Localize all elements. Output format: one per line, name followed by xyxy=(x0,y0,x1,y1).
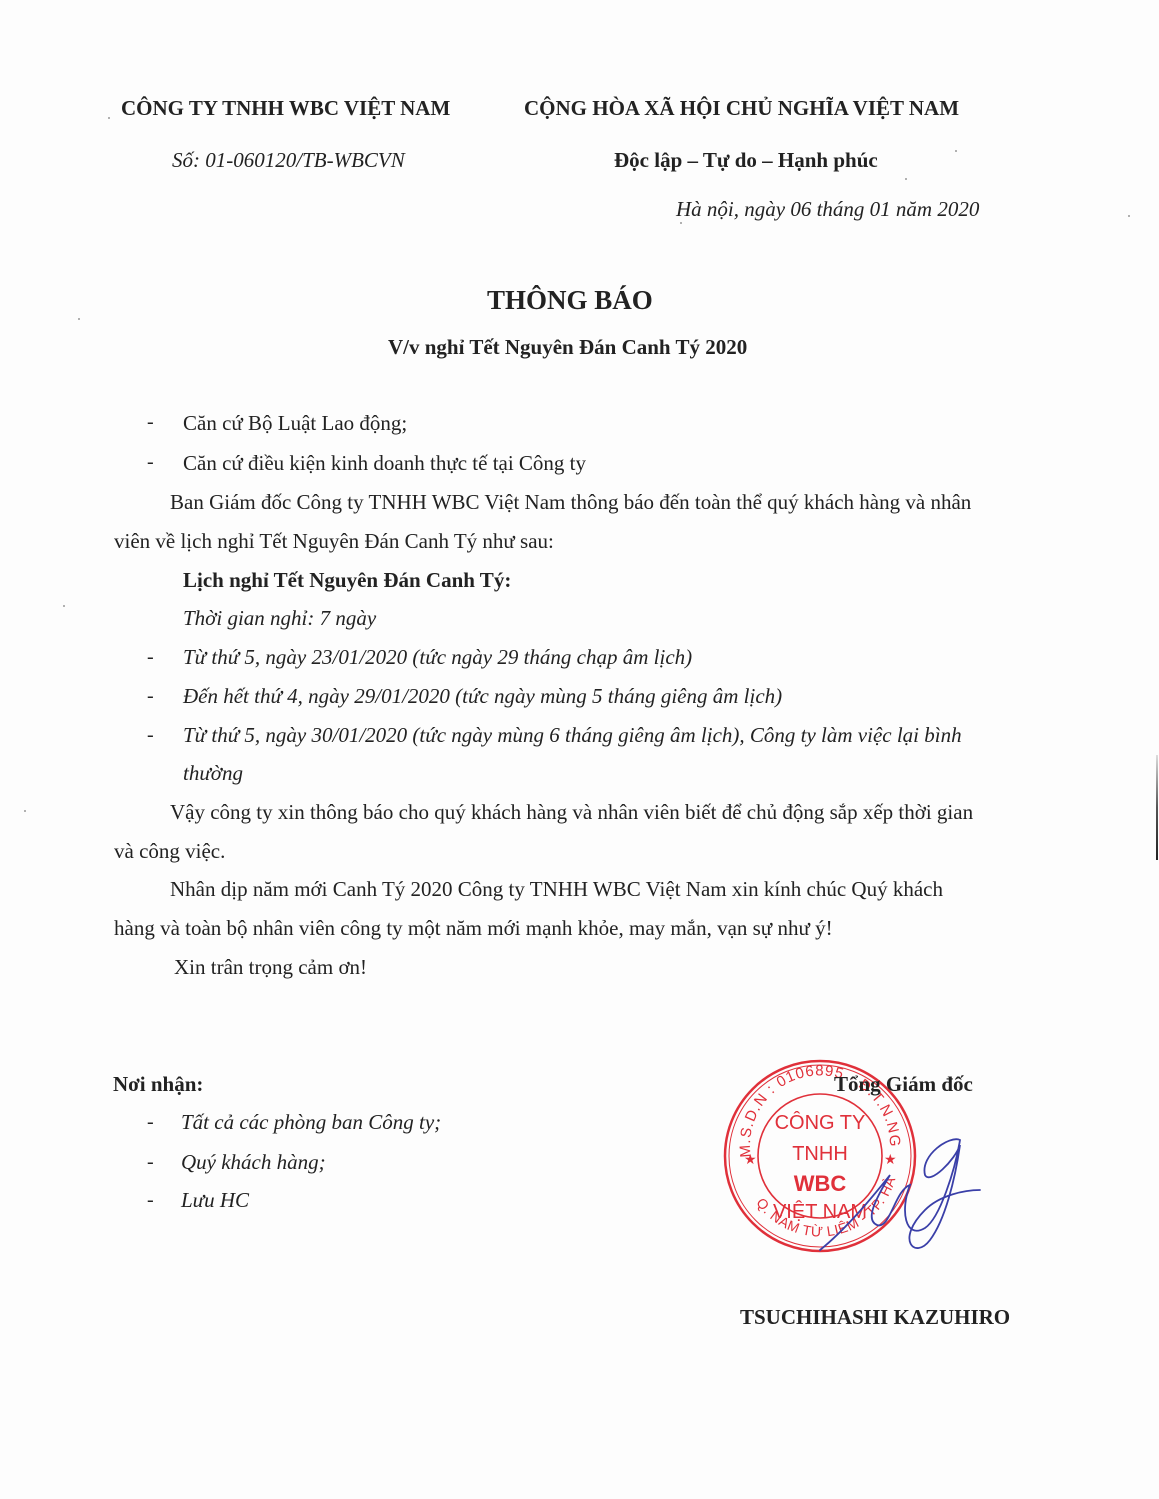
scan-speck xyxy=(63,605,65,607)
company-name: CÔNG TY TNHH WBC VIỆT NAM xyxy=(121,96,450,121)
bullet-dash: - xyxy=(147,646,154,669)
scan-speck xyxy=(1128,215,1130,217)
scan-speck xyxy=(78,318,80,320)
schedule-item: Từ thứ 5, ngày 23/01/2020 (tức ngày 29 t… xyxy=(183,645,692,670)
bullet-dash: - xyxy=(147,1111,154,1134)
intro-line-1: Ban Giám đốc Công ty TNHH WBC Việt Nam t… xyxy=(170,490,971,515)
scan-speck xyxy=(955,150,957,152)
recipient-item: Quý khách hàng; xyxy=(181,1150,326,1175)
document-title: THÔNG BÁO xyxy=(487,285,653,316)
document-subject: V/v nghỉ Tết Nguyên Đán Canh Tý 2020 xyxy=(388,335,747,360)
thanks-text: Xin trân trọng cảm ơn! xyxy=(174,955,367,980)
handwritten-signature-icon xyxy=(815,1130,985,1270)
nation-title: CỘNG HÒA XÃ HỘI CHỦ NGHĨA VIỆT NAM xyxy=(524,96,959,121)
wishes-line-1: Nhân dịp năm mới Canh Tý 2020 Công ty TN… xyxy=(170,877,943,902)
bullet-dash: - xyxy=(147,685,154,708)
scan-edge-artifact xyxy=(1156,755,1158,860)
intro-line-2: viên về lịch nghỉ Tết Nguyên Đán Canh Tý… xyxy=(114,529,554,554)
scan-speck xyxy=(680,222,682,224)
recipient-item: Lưu HC xyxy=(181,1188,249,1213)
bullet-dash: - xyxy=(147,411,154,434)
closing-line-1: Vậy công ty xin thông báo cho quý khách … xyxy=(170,800,973,825)
scan-speck xyxy=(905,178,907,180)
place-date: Hà nội, ngày 06 tháng 01 năm 2020 xyxy=(676,197,979,222)
document-number: Số: 01-060120/TB-WBCVN xyxy=(172,148,405,173)
bullet-dash: - xyxy=(147,451,154,474)
recipients-label: Nơi nhận: xyxy=(113,1072,203,1097)
bullet-dash: - xyxy=(147,1189,154,1212)
schedule-item-continuation: thường xyxy=(183,761,243,786)
recipient-item: Tất cả các phòng ban Công ty; xyxy=(181,1110,441,1135)
schedule-item: Từ thứ 5, ngày 30/01/2020 (tức ngày mùng… xyxy=(183,723,962,748)
bullet-dash: - xyxy=(147,724,154,747)
basis-text: Căn cứ điều kiện kinh doanh thực tế tại … xyxy=(183,451,586,476)
closing-line-2: và công việc. xyxy=(114,839,225,864)
schedule-heading: Lịch nghỉ Tết Nguyên Đán Canh Tý: xyxy=(183,568,511,593)
signatory-position: Tổng Giám đốc xyxy=(834,1072,973,1097)
wishes-line-2: hàng và toàn bộ nhân viên công ty một nă… xyxy=(114,916,833,941)
scan-speck xyxy=(108,117,110,119)
bullet-dash: - xyxy=(147,1151,154,1174)
scan-speck xyxy=(24,810,26,812)
schedule-item: Đến hết thứ 4, ngày 29/01/2020 (tức ngày… xyxy=(183,684,782,709)
schedule-duration: Thời gian nghỉ: 7 ngày xyxy=(183,606,376,631)
basis-text: Căn cứ Bộ Luật Lao động; xyxy=(183,411,407,436)
nation-motto: Độc lập – Tự do – Hạnh phúc xyxy=(614,148,878,173)
signatory-name: TSUCHIHASHI KAZUHIRO xyxy=(740,1305,1010,1330)
